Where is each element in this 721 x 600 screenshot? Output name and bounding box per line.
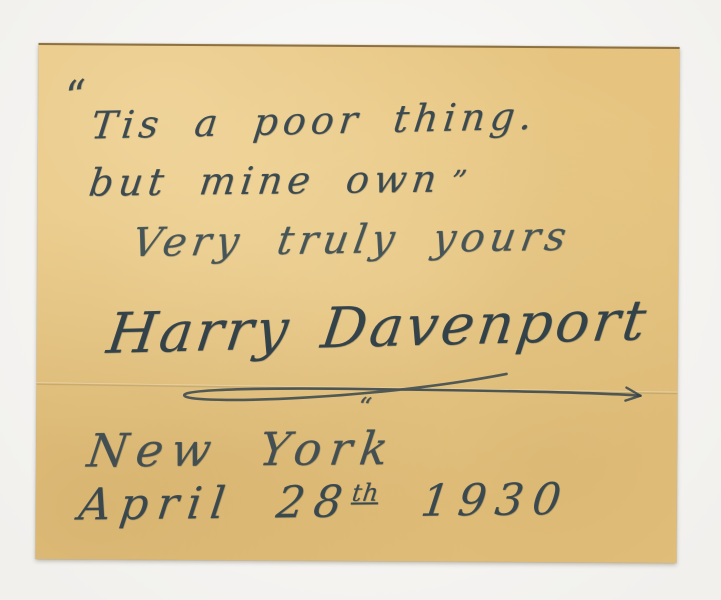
card-crease-line [36, 382, 677, 395]
signature: Harry Davenport [103, 288, 652, 367]
opening-quote-mark: “ [63, 70, 91, 121]
quote-line-2-text: but mine own [86, 157, 444, 205]
photo-background: “ Tis a poor thing. but mine own” Very t… [0, 0, 721, 600]
closing-quote-mark: ” [449, 164, 474, 199]
quote-marks-under-signature: “ [357, 392, 381, 424]
date-line: April 28th 1930 [76, 474, 573, 530]
date-month-day: April 28 [76, 477, 354, 531]
valediction-line: Very truly yours [129, 214, 574, 266]
date-ordinal: th [350, 479, 381, 507]
autograph-card: “ Tis a poor thing. but mine own” Very t… [35, 43, 679, 563]
quote-line-2: but mine own” [86, 156, 474, 204]
date-year: 1930 [418, 474, 573, 527]
place-line: New York [84, 421, 399, 477]
quote-line-1: Tis a poor thing. [89, 94, 540, 148]
